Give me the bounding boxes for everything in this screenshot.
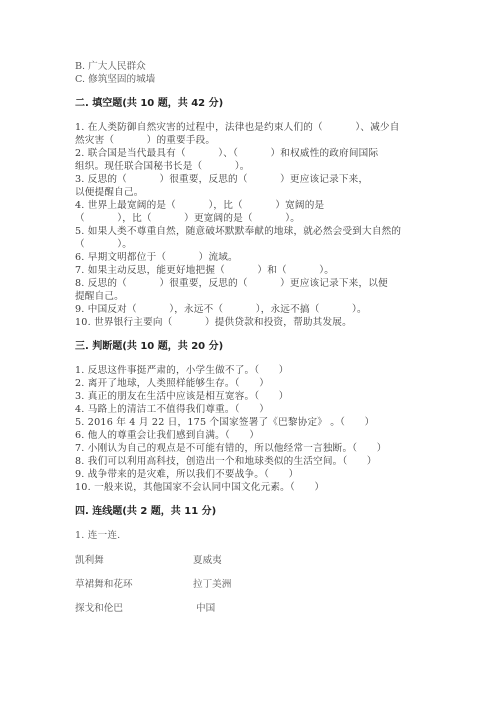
- section-fill-blank-heading: 二. 填空题(共 10 题，共 42 分): [75, 97, 435, 110]
- question-line: （ ），比（ ）更宽阔的是（ ）。: [75, 212, 435, 225]
- question-line: 5. 2016 年 4 月 22 日，175 个国家签署了《巴黎协定》 。（ ）: [75, 416, 435, 429]
- question-line: 10. 一般来说，其他国家不会认同中国文化元素。（ ）: [75, 481, 435, 494]
- question-line: 组织。现任联合国秘书长是（ ）。: [75, 160, 435, 173]
- matching-row: 草裙舞和花环 拉丁美洲: [75, 572, 435, 596]
- matching-pairs: 凯利舞 夏威夷 草裙舞和花环 拉丁美洲 探戈和伦巴 中国: [75, 548, 435, 620]
- question-line: 4. 世界上最宽阔的是（ ），比（ ）宽阔的是: [75, 199, 435, 212]
- matching-row: 凯利舞 夏威夷: [75, 548, 435, 572]
- question-line: 3. 真正的朋友在生活中应该是相互宽容。（ ）: [75, 390, 435, 403]
- question-line: 9. 中国反对（ ），永远不（ ），永远不搞（ ）。: [75, 303, 435, 316]
- question-line: 4. 马路上的清洁工不值得我们尊重。（ ）: [75, 403, 435, 416]
- section-matching-heading: 四. 连线题(共 2 题，共 11 分): [75, 505, 435, 518]
- section-true-false-heading: 三. 判断题(共 10 题，共 20 分): [75, 340, 435, 353]
- true-false-questions: 1. 反思这件事挺严肃的，小学生做不了。（ ） 2. 离开了地球，人类照样能够生…: [75, 364, 435, 494]
- question-line: 然灾害（ ）的重要手段。: [75, 134, 435, 147]
- question-line: 1. 反思这件事挺严肃的，小学生做不了。（ ）: [75, 364, 435, 377]
- question-line: 10. 世界银行主要向（ ）提供贷款和投资，帮助其发展。: [75, 316, 435, 329]
- matching-row: 探戈和伦巴 中国: [75, 596, 435, 620]
- question-line: 1. 在人类防御自然灾害的过程中，法律也是约束人们的（ ）、减少自: [75, 121, 435, 134]
- option-c: C. 修筑坚固的城墙: [75, 73, 435, 86]
- question-line: 5. 如果人类不尊重自然，随意破坏默默奉献的地球，就必然会受到大自然的: [75, 225, 435, 238]
- exam-page: B. 广大人民群众 C. 修筑坚固的城墙 二. 填空题(共 10 题，共 42 …: [75, 60, 435, 620]
- question-line: 2. 离开了地球，人类照样能够生存。（ ）: [75, 377, 435, 390]
- question-line: 6. 他人的尊重会让我们感到自满。（ ）: [75, 429, 435, 442]
- matching-right-item: 拉丁美洲: [193, 578, 231, 591]
- option-b: B. 广大人民群众: [75, 60, 435, 73]
- question-line: 8. 我们可以利用高科技，创造出一个和地球类似的生活空间。（ ）: [75, 455, 435, 468]
- question-line: 3. 反思的（ ）很重要，反思的（ ）更应该记录下来，: [75, 173, 435, 186]
- matching-left-item: 凯利舞: [75, 554, 193, 567]
- matching-left-item: 草裙舞和花环: [75, 578, 193, 591]
- question-line: 6. 早期文明都位于（ ）流域。: [75, 251, 435, 264]
- question-line: 提醒自己。: [75, 290, 435, 303]
- matching-right-item: 夏威夷: [193, 554, 222, 567]
- question-line: （ ）。: [75, 238, 435, 251]
- question-line: 8. 反思的（ ）很重要，反思的（ ）更应该记录下来，以便: [75, 277, 435, 290]
- fill-blank-questions: 1. 在人类防御自然灾害的过程中，法律也是约束人们的（ ）、减少自 然灾害（ ）…: [75, 121, 435, 329]
- question-line: 7. 小刚认为自己的观点是不可能有错的，所以他经常一言独断。（ ）: [75, 442, 435, 455]
- question-line: 9. 战争带来的是灾难，所以我们不要战争。（ ）: [75, 468, 435, 481]
- question-line: 以便提醒自己。: [75, 186, 435, 199]
- matching-question: 1. 连一连.: [75, 529, 435, 542]
- matching-left-item: 探戈和伦巴: [75, 602, 193, 615]
- question-line: 7. 如果主动反思，能更好地把握（ ）和（ ）。: [75, 264, 435, 277]
- matching-right-item: 中国: [193, 602, 215, 615]
- question-line: 2. 联合国是当代最具有（ ）、（ ）和权威性的政府间国际: [75, 147, 435, 160]
